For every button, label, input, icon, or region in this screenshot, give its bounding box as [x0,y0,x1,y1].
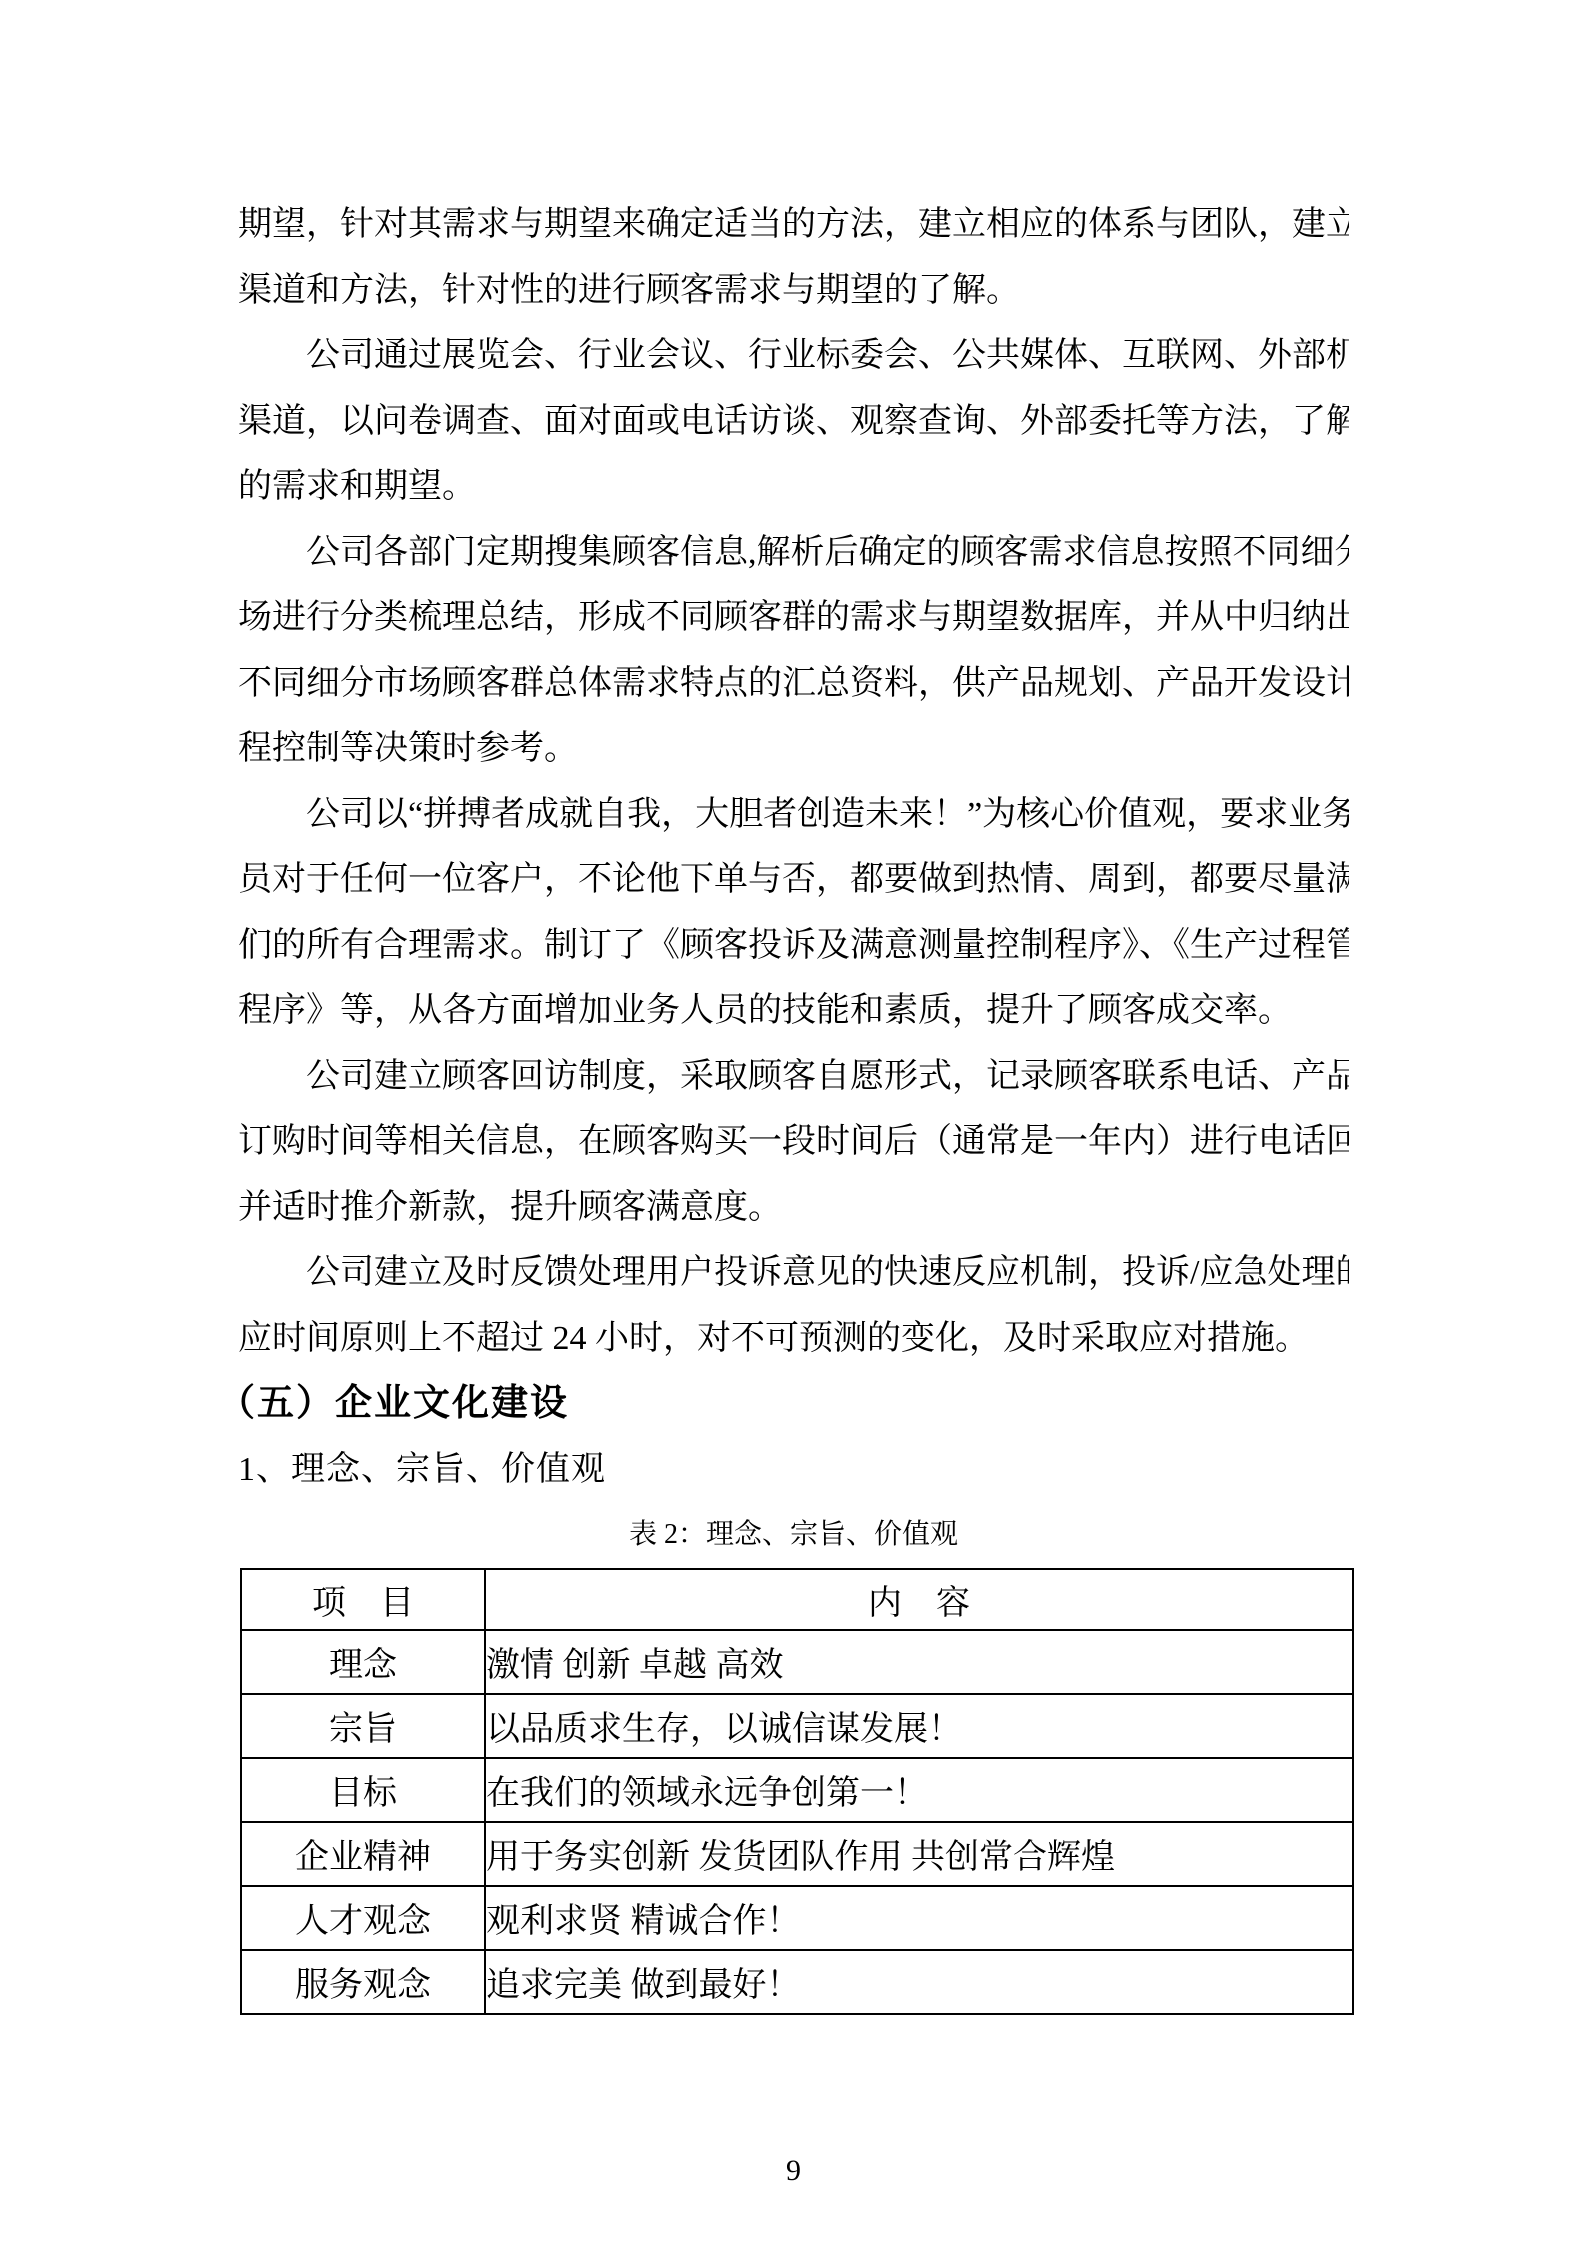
text-line: 公司各部门定期搜集顾客信息,解析后确定的顾客需求信息按照不同细分市 [238,520,1349,586]
table-header-content: 内 容 [485,1569,1353,1630]
table-row: 目标 在我们的领域永远争创第一！ [241,1758,1353,1822]
text-line: 公司通过展览会、行业会议、行业标委会、公共媒体、互联网、外部机构等 [238,323,1349,389]
table-header-row: 项 目 内 容 [241,1569,1353,1630]
text-line: 们的所有合理需求。制订了《顾客投诉及满意测量控制程序》、《生产过程管理 [238,913,1349,979]
paragraph: 公司通过展览会、行业会议、行业标委会、公共媒体、互联网、外部机构等 渠道，以问卷… [238,323,1349,520]
row-label: 人才观念 [241,1886,485,1950]
row-label: 宗旨 [241,1694,485,1758]
row-label: 服务观念 [241,1950,485,2014]
text-line: 期望，针对其需求与期望来确定适当的方法，建立相应的体系与团队，建立各种 [238,192,1349,258]
row-label: 理念 [241,1630,485,1694]
row-content: 以品质求生存，以诚信谋发展！ [485,1694,1353,1758]
text-line: 程控制等决策时参考。 [238,716,1349,782]
text-line: 订购时间等相关信息，在顾客购买一段时间后（通常是一年内）进行电话回访， [238,1109,1349,1175]
paragraph: 公司以“拼搏者成就自我，大胆者创造未来！”为核心价值观，要求业务人 员对于任何一… [238,782,1349,1044]
paragraph: 公司建立顾客回访制度，采取顾客自愿形式，记录顾客联系电话、产品型号 订购时间等相… [238,1044,1349,1241]
section-heading: （五）企业文化建设 [218,1371,1349,1437]
text-line: 渠道和方法，针对性的进行顾客需求与期望的了解。 [238,258,1349,324]
text-line: 并适时推介新款，提升顾客满意度。 [238,1175,1349,1241]
text-line: 公司以“拼搏者成就自我，大胆者创造未来！”为核心价值观，要求业务人 [238,782,1349,848]
text-line: 场进行分类梳理总结，形成不同顾客群的需求与期望数据库，并从中归纳出针对 [238,585,1349,651]
text-line: 公司建立顾客回访制度，采取顾客自愿形式，记录顾客联系电话、产品型号 [238,1044,1349,1110]
document-page: 期望，针对其需求与期望来确定适当的方法，建立相应的体系与团队，建立各种 渠道和方… [0,0,1587,2245]
paragraph: 公司各部门定期搜集顾客信息,解析后确定的顾客需求信息按照不同细分市 场进行分类梳… [238,520,1349,782]
text-line: 不同细分市场顾客群总体需求特点的汇总资料，供产品规划、产品开发设计、过 [238,651,1349,717]
row-content: 激情 创新 卓越 高效 [485,1630,1353,1694]
paragraph: 期望，针对其需求与期望来确定适当的方法，建立相应的体系与团队，建立各种 渠道和方… [238,192,1349,323]
subsection-heading: 1、理念、宗旨、价值观 [238,1437,1349,1503]
paragraph: 公司建立及时反馈处理用户投诉意见的快速反应机制，投诉/应急处理的响 应时间原则上… [238,1240,1349,1371]
row-content: 追求完美 做到最好！ [485,1950,1353,2014]
row-label: 目标 [241,1758,485,1822]
values-table: 项 目 内 容 理念 激情 创新 卓越 高效 宗旨 以品质求生存，以诚信谋发展！… [240,1568,1354,2015]
table-header-item: 项 目 [241,1569,485,1630]
page-number: 9 [0,2146,1587,2196]
table-row: 理念 激情 创新 卓越 高效 [241,1630,1353,1694]
text-line: 员对于任何一位客户，不论他下单与否，都要做到热情、周到，都要尽量满足他 [238,847,1349,913]
content-area: 期望，针对其需求与期望来确定适当的方法，建立相应的体系与团队，建立各种 渠道和方… [238,192,1349,2015]
text-line: 渠道，以问卷调查、面对面或电话访谈、观察查询、外部委托等方法，了解客户 [238,389,1349,455]
row-label: 企业精神 [241,1822,485,1886]
row-content: 用于务实创新 发货团队作用 共创常合辉煌 [485,1822,1353,1886]
table-row: 宗旨 以品质求生存，以诚信谋发展！ [241,1694,1353,1758]
row-content: 在我们的领域永远争创第一！ [485,1758,1353,1822]
body-text: 期望，针对其需求与期望来确定适当的方法，建立相应的体系与团队，建立各种 渠道和方… [238,192,1349,1371]
row-content: 观利求贤 精诚合作！ [485,1886,1353,1950]
table-row: 人才观念 观利求贤 精诚合作！ [241,1886,1353,1950]
text-line: 应时间原则上不超过 24 小时，对不可预测的变化，及时采取应对措施。 [238,1306,1349,1372]
text-line: 的需求和期望。 [238,454,1349,520]
table-caption: 表 2：理念、宗旨、价值观 [238,1502,1349,1568]
text-line: 程序》等，从各方面增加业务人员的技能和素质，提升了顾客成交率。 [238,978,1349,1044]
table-row: 企业精神 用于务实创新 发货团队作用 共创常合辉煌 [241,1822,1353,1886]
text-line: 公司建立及时反馈处理用户投诉意见的快速反应机制，投诉/应急处理的响 [238,1240,1349,1306]
table-row: 服务观念 追求完美 做到最好！ [241,1950,1353,2014]
